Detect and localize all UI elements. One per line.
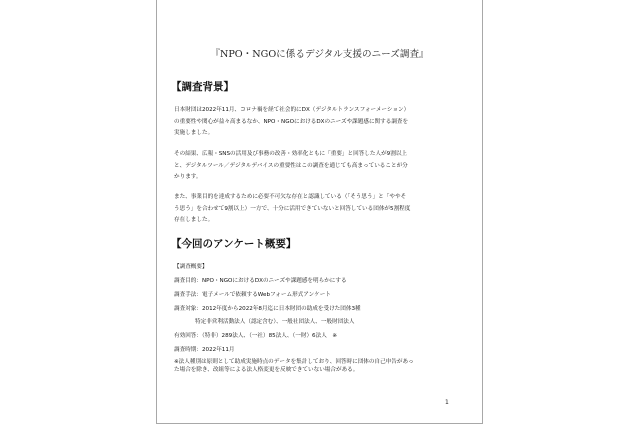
survey-method: 調査手法：電子メールで依頼するWebフォーム形式アンケート [174,290,331,298]
survey-target: 調査対象：2012年度から2022年8月迄に日本財団の助成を受けた団体3種 [174,304,361,312]
document-page: 『NPO・NGOに係るデジタル支援のニーズ調査』 【調査背景】 日本財団は202… [156,0,483,424]
text-line: の重要性や関心が益々高まるなか、NPO・NGOにおけるDXのニーズや課題感に関す… [174,117,472,129]
section-heading-background: 【調査背景】 [171,79,234,94]
text-line: た場合を除き、改組等による法人格変更を反映できていない場合がある。 [174,366,414,374]
survey-purpose: 調査目的：NPO・NGOにおけるDXのニーズや課題感を明らかにする [174,276,347,284]
text-line: う思う」を合わせて9割以上）一方で、十分に活用できていないと回答している団体が5… [174,204,472,216]
text-line: 存在しました。 [174,215,472,227]
survey-target-detail: 特定非営利活動法人（認定含む）、一般社団法人、一般財団法人 [195,317,354,325]
section-heading-survey-overview: 【今回のアンケート概要】 [171,236,296,251]
survey-period: 調査時期：2022年11月 [174,345,235,353]
subheading-survey-summary: 【調査概要】 [174,262,208,270]
footnote: ※法人種別は原則として助成実施時点のデータを集計しており、回答時に団体の自己申告… [174,358,414,374]
document-title: 『NPO・NGOに係るデジタル支援のニーズ調査』 [157,46,482,60]
page-number: 1 [445,399,449,406]
paragraph-background-2: その結果、広報・SNSの活用及び事務の改善・効率化ともに「重要」と回答した人が9… [174,149,472,184]
paragraph-background-3: また、事業目的を達成するために必要不可欠な存在と認識している（「そう思う」と「や… [174,192,472,227]
text-line: 日本財団は2022年11月、コロナ禍を経て社会的にDX（デジタルトランスフォーメ… [174,105,472,117]
text-line: かります。 [174,172,472,184]
survey-responses: 有効回答：（特非）289法人、（一社）85法人、（一財）6法人 ※ [174,331,337,339]
text-line: 実施しました。 [174,128,472,140]
text-line: その結果、広報・SNSの活用及び事務の改善・効率化ともに「重要」と回答した人が9… [174,149,472,161]
text-line: また、事業目的を達成するために必要不可欠な存在と認識している（「そう思う」と「や… [174,192,472,204]
text-line: ※法人種別は原則として助成実施時点のデータを集計しており、回答時に団体の自己申告… [174,358,414,366]
paragraph-background-1: 日本財団は2022年11月、コロナ禍を経て社会的にDX（デジタルトランスフォーメ… [174,105,472,140]
text-line: と、デジタルツール／デジタルデバイスの重要性はこの調査を通じても高まっていること… [174,161,472,173]
